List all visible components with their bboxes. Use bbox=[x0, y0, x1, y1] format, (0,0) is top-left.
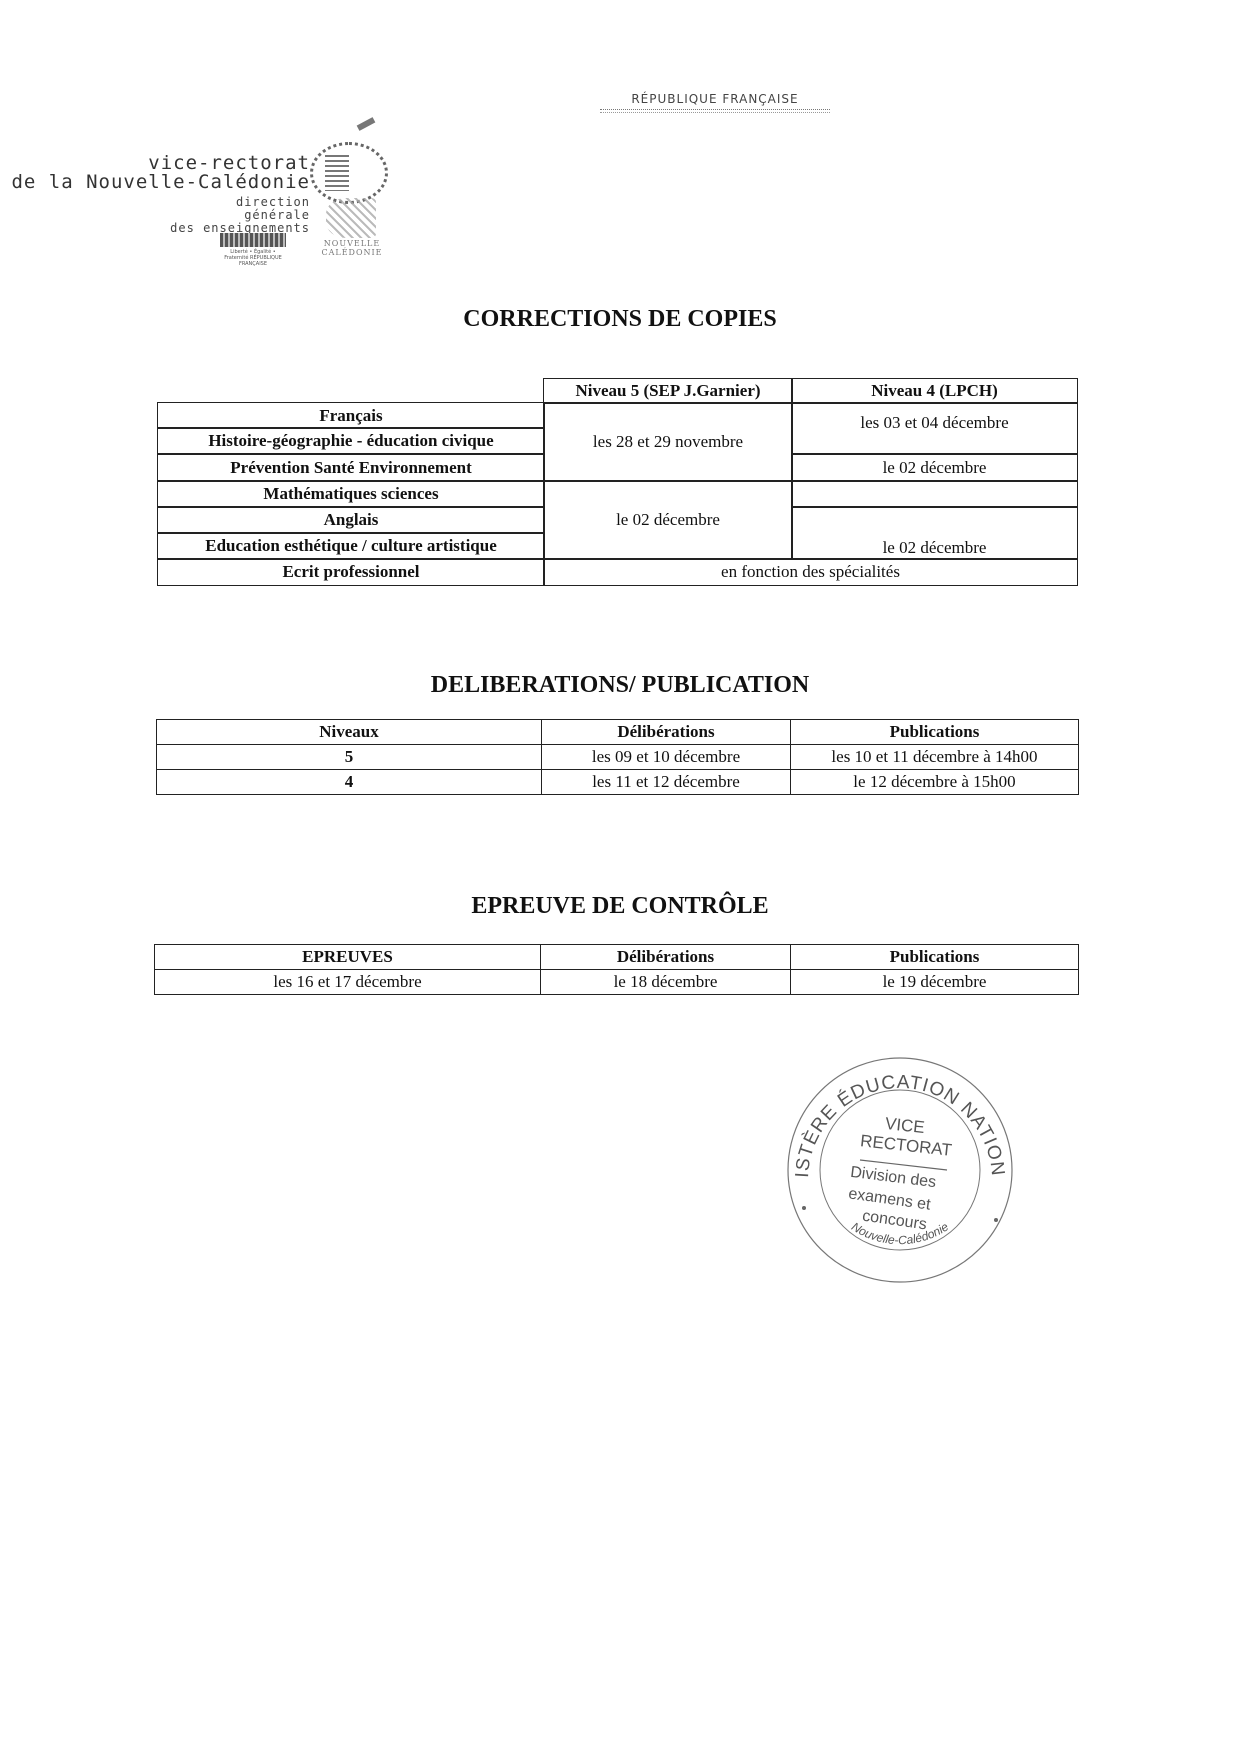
vice-rectorat-logo: vice-rectorat de la Nouvelle-Calédonie d… bbox=[88, 120, 418, 270]
deliberation-date-cell: le 18 décembre bbox=[541, 970, 791, 995]
deliberation-date-cell: les 09 et 10 décembre bbox=[542, 745, 791, 770]
subject-francais: Français bbox=[157, 402, 545, 429]
header-epreuves: EPREUVES bbox=[155, 945, 541, 970]
nouvelle-caledonie-emblem-icon bbox=[326, 198, 376, 238]
subject-education-esthetique: Education esthétique / culture artistiqu… bbox=[157, 532, 545, 560]
niveau4-date-anglais-education: le 02 décembre bbox=[791, 506, 1078, 560]
header-niveaux: Niveaux bbox=[157, 720, 542, 745]
official-stamp: MINISTÈRE ÉDUCATION NATIONALE Nouvelle-C… bbox=[782, 1052, 1018, 1288]
subject-ecrit-professionnel: Ecrit professionnel bbox=[157, 558, 545, 586]
stamp-center: VICE RECTORAT Division des examens et co… bbox=[782, 1052, 1018, 1288]
header-deliberations: Délibérations bbox=[541, 945, 791, 970]
table-row: 5 les 09 et 10 décembre les 10 et 11 déc… bbox=[157, 745, 1079, 770]
table-row: les 16 et 17 décembre le 18 décembre le … bbox=[155, 970, 1079, 995]
deliberations-table: Niveaux Délibérations Publications 5 les… bbox=[156, 719, 1079, 795]
header-deliberations: Délibérations bbox=[542, 720, 791, 745]
niveau5-date-group1: les 28 et 29 novembre bbox=[543, 402, 793, 482]
deliberations-title: DELIBERATIONS/ PUBLICATION bbox=[0, 672, 1240, 699]
republique-francaise-header: RÉPUBLIQUE FRANÇAISE bbox=[600, 92, 830, 113]
epreuves-date-cell: les 16 et 17 décembre bbox=[155, 970, 541, 995]
niveau5-date-group2: le 02 décembre bbox=[543, 480, 793, 560]
niveau4-date-maths-empty bbox=[791, 480, 1078, 508]
niveau4-date-pse: le 02 décembre bbox=[791, 453, 1078, 482]
subject-histoire-geo: Histoire-géographie - éducation civique bbox=[157, 427, 545, 455]
deliberations-header-row: Niveaux Délibérations Publications bbox=[157, 720, 1079, 745]
publication-date-cell: le 19 décembre bbox=[791, 970, 1079, 995]
subject-anglais: Anglais bbox=[157, 506, 545, 534]
marianne-caption: Liberté • Égalité • Fraternité RÉPUBLIQU… bbox=[218, 249, 288, 267]
table-row: 4 les 11 et 12 décembre le 12 décembre à… bbox=[157, 770, 1079, 795]
header-publications: Publications bbox=[791, 720, 1079, 745]
publication-date-cell: les 10 et 11 décembre à 14h00 bbox=[791, 745, 1079, 770]
subject-pse: Prévention Santé Environnement bbox=[157, 453, 545, 482]
republique-francaise-text: RÉPUBLIQUE FRANÇAISE bbox=[631, 92, 798, 106]
logo-direction-text: direction générale des enseignements bbox=[170, 196, 310, 235]
corrections-title: CORRECTIONS DE COPIES bbox=[0, 306, 1240, 333]
column-header-niveau5: Niveau 5 (SEP J.Garnier) bbox=[543, 378, 793, 404]
header-publications: Publications bbox=[791, 945, 1079, 970]
nc-name-line1: NOUVELLE bbox=[320, 239, 384, 248]
e-emblem-icon bbox=[310, 142, 388, 204]
niveau-cell: 4 bbox=[157, 770, 542, 795]
niveau-cell: 5 bbox=[157, 745, 542, 770]
niveau4-date-francais-histoire: les 03 et 04 décembre bbox=[791, 402, 1078, 455]
deliberation-date-cell: les 11 et 12 décembre bbox=[542, 770, 791, 795]
marianne-logo-icon bbox=[220, 233, 286, 247]
header-divider bbox=[600, 109, 830, 113]
nc-name-line2: CALÉDONIE bbox=[320, 248, 384, 257]
controle-title: EPREUVE DE CONTRÔLE bbox=[0, 893, 1240, 920]
e-emblem-accent bbox=[357, 117, 376, 131]
controle-header-row: EPREUVES Délibérations Publications bbox=[155, 945, 1079, 970]
logo-line-nouvelle-caledonie: de la Nouvelle-Calédonie bbox=[11, 171, 310, 193]
ecrit-pro-date: en fonction des spécialités bbox=[543, 558, 1078, 586]
e-emblem-bars bbox=[325, 155, 349, 191]
publication-date-cell: le 12 décembre à 15h00 bbox=[791, 770, 1079, 795]
column-header-niveau4: Niveau 4 (LPCH) bbox=[791, 378, 1078, 404]
controle-table: EPREUVES Délibérations Publications les … bbox=[154, 944, 1079, 995]
subject-maths-sciences: Mathématiques sciences bbox=[157, 480, 545, 508]
stamp-rectorat: RECTORAT bbox=[859, 1131, 953, 1161]
nouvelle-caledonie-name: NOUVELLE CALÉDONIE bbox=[320, 239, 384, 257]
